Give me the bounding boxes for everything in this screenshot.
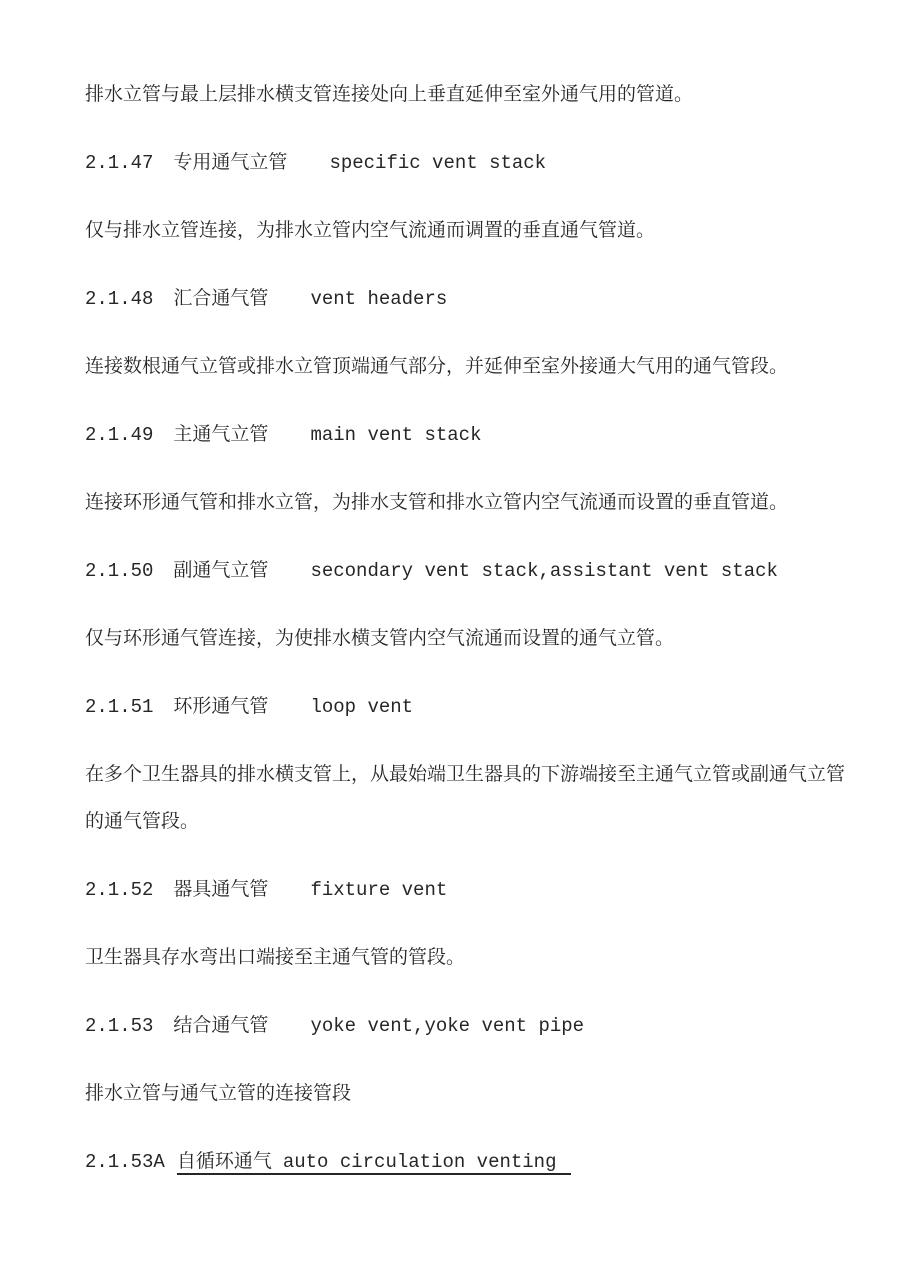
term-english: yoke vent,yoke vent pipe (310, 1015, 584, 1037)
term-chinese: 结合通气管 (173, 1015, 268, 1037)
term-chinese: 环形通气管 (173, 696, 268, 718)
term-number: 2.1.49 (85, 424, 153, 446)
term-definition-2-1-51: 在多个卫生器具的排水横支管上，从最始端卫生器具的下游端接至主通气立管或副通气立管… (85, 752, 848, 846)
term-heading-2-1-52: 2.1.52器具通气管fixture vent (85, 867, 848, 914)
term-definition-2-1-50: 仅与环形通气管连接，为使排水横支管内空气流通而设置的通气立管。 (85, 616, 848, 663)
term-english: secondary vent stack,assistant vent stac… (310, 560, 777, 582)
term-definition-2-1-48: 连接数根通气立管或排水立管顶端通气部分，并延伸至室外接通大气用的通气管段。 (85, 344, 848, 391)
term-english: vent headers (310, 288, 447, 310)
term-heading-2-1-53: 2.1.53结合通气管yoke vent,yoke vent pipe (85, 1003, 848, 1050)
term-chinese: 专用通气立管 (173, 152, 287, 174)
term-number: 2.1.52 (85, 879, 153, 901)
term-number: 2.1.53A (85, 1151, 165, 1173)
term-number: 2.1.50 (85, 560, 153, 582)
term-english: auto circulation venting (283, 1151, 557, 1173)
term-number: 2.1.47 (85, 152, 153, 174)
term-english: loop vent (310, 696, 413, 718)
term-definition-2-1-52: 卫生器具存水弯出口端接至主通气管的管段。 (85, 935, 848, 982)
term-heading-2-1-49: 2.1.49主通气立管main vent stack (85, 412, 848, 459)
term-chinese: 器具通气管 (173, 879, 268, 901)
term-heading-2-1-47: 2.1.47专用通气立管specific vent stack (85, 140, 848, 187)
term-chinese: 汇合通气管 (173, 288, 268, 310)
underlined-term: 自循环通气auto circulation venting (177, 1151, 571, 1175)
term-number: 2.1.51 (85, 696, 153, 718)
term-english: main vent stack (310, 424, 481, 446)
term-number: 2.1.53 (85, 1015, 153, 1037)
term-heading-2-1-51: 2.1.51环形通气管loop vent (85, 684, 848, 731)
document-page: 排水立管与最上层排水横支管连接处向上垂直延伸至室外通气用的管道。 2.1.47专… (0, 0, 900, 1273)
term-english: specific vent stack (329, 152, 546, 174)
term-chinese: 自循环通气 (177, 1151, 272, 1173)
term-english: fixture vent (310, 879, 447, 901)
term-definition-2-1-49: 连接环形通气管和排水立管，为排水支管和排水立管内空气流通而设置的垂直管道。 (85, 480, 848, 527)
term-heading-2-1-50: 2.1.50副通气立管secondary vent stack,assistan… (85, 548, 848, 595)
term-definition-2-1-53: 排水立管与通气立管的连接管段 (85, 1071, 848, 1118)
term-chinese: 副通气立管 (173, 560, 268, 582)
term-number: 2.1.48 (85, 288, 153, 310)
term-heading-2-1-48: 2.1.48汇合通气管vent headers (85, 276, 848, 323)
term-definition-2-1-47: 仅与排水立管连接，为排水立管内空气流通而调置的垂直通气管道。 (85, 208, 848, 255)
intro-paragraph: 排水立管与最上层排水横支管连接处向上垂直延伸至室外通气用的管道。 (85, 72, 848, 119)
term-chinese: 主通气立管 (173, 424, 268, 446)
term-heading-2-1-53a: 2.1.53A自循环通气auto circulation venting (85, 1139, 848, 1186)
